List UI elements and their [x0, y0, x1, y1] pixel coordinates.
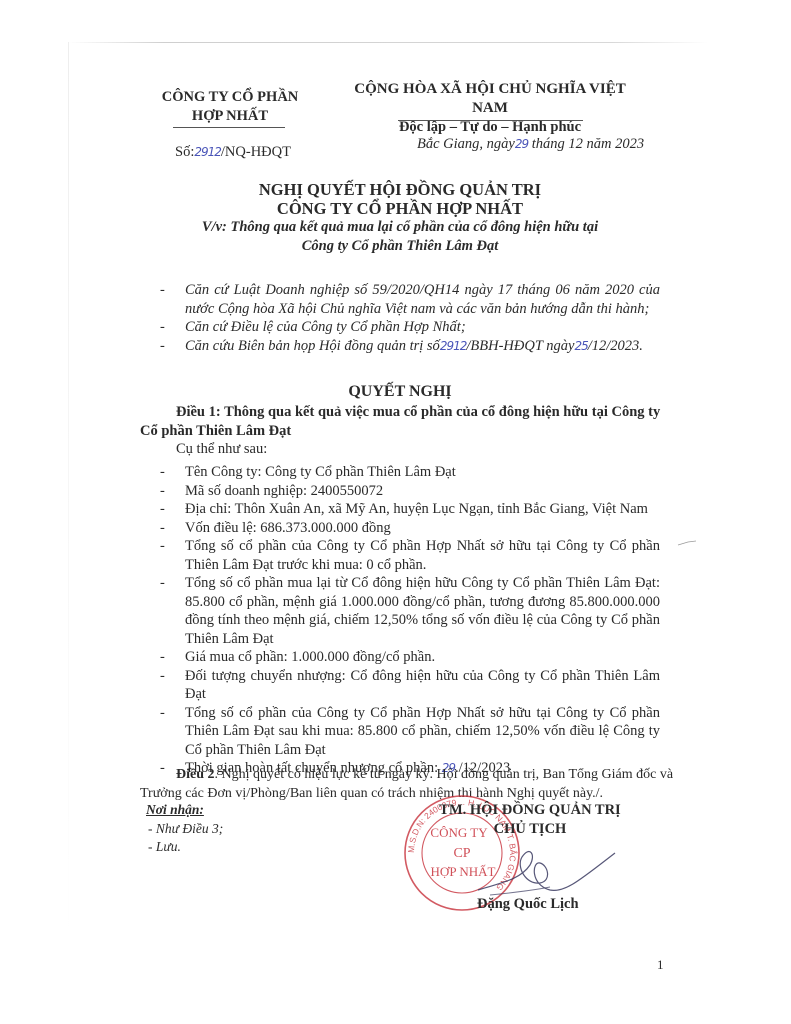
national-header: CỘNG HÒA XÃ HỘI CHỦ NGHĨA VIỆT NAM Độc l…: [340, 80, 640, 137]
company-line-2: HỢP NHẤT: [150, 107, 310, 126]
legal-bases-list: Căn cứ Luật Doanh nghiệp số 59/2020/QH14…: [140, 281, 660, 355]
scan-page-edge: [68, 42, 708, 43]
detail-item: Đối tượng chuyển nhượng: Cổ đông hiện hữ…: [140, 667, 660, 704]
detail-item: Tổng số cổ phần của Công ty Cổ phần Hợp …: [140, 704, 660, 760]
document-title-block: NGHỊ QUYẾT HỘI ĐỒNG QUẢN TRỊ CÔNG TY CỔ …: [140, 180, 660, 256]
recipient-item: - Lưu.: [146, 838, 223, 857]
place-date: Bắc Giang, ngày29 tháng 12 năm 2023: [417, 136, 644, 153]
recipient-item: - Như Điều 3;: [146, 820, 223, 839]
detail-item: Vốn điều lệ: 686.373.000.000 đồng: [140, 519, 660, 538]
document-title-company: CÔNG TY CỔ PHẦN HỢP NHẤT: [140, 199, 660, 218]
legal-basis-item: Căn cứ Luật Doanh nghiệp số 59/2020/QH14…: [140, 281, 660, 318]
detail-item: Địa chỉ: Thôn Xuân An, xã Mỹ An, huyện L…: [140, 500, 660, 519]
signature-block: TM. HỘI ĐỒNG QUẢN TRỊ CHỦ TỊCH: [435, 801, 625, 838]
detail-item: Tổng số cổ phần của Công ty Cổ phần Hợp …: [140, 537, 660, 574]
company-underline: [173, 127, 285, 128]
recipients-block: Nơi nhận: - Như Điều 3; - Lưu.: [146, 801, 223, 857]
handwritten-number: 2912: [194, 145, 221, 159]
article-1: Điều 1: Thông qua kết quả việc mua cổ ph…: [140, 403, 665, 440]
recipients-title: Nơi nhận:: [146, 801, 223, 820]
scan-speck: [676, 539, 702, 547]
signature-title: TM. HỘI ĐỒNG QUẢN TRỊ: [435, 801, 625, 820]
legal-basis-item: Căn cứ Điều lệ của Công ty Cổ phần Hợp N…: [140, 318, 660, 337]
nation-name: CỘNG HÒA XÃ HỘI CHỦ NGHĨA VIỆT NAM: [340, 80, 640, 118]
svg-text:CP: CP: [453, 846, 470, 861]
detail-item: Tổng số cổ phần mua lại từ Cổ đông hiện …: [140, 574, 660, 648]
subject-line-2: Công ty Cổ phần Thiên Lâm Đạt: [140, 237, 660, 256]
handwritten-number: 2912: [440, 339, 467, 353]
company-line-1: CÔNG TY CỔ PHẦN: [150, 88, 310, 107]
detail-item: Giá mua cổ phần: 1.000.000 đồng/cổ phần.: [140, 648, 660, 667]
specifics-intro: Cụ thể như sau:: [176, 441, 267, 458]
page-number: 1: [657, 957, 664, 973]
handwritten-day: 29: [515, 137, 528, 151]
legal-basis-item: Căn cứu Biên bản họp Hội đồng quản trị s…: [140, 337, 660, 356]
handwritten-signature: [470, 835, 620, 905]
decision-title: QUYẾT NGHỊ: [140, 383, 660, 401]
scan-page-side: [68, 42, 69, 942]
document-title: NGHỊ QUYẾT HỘI ĐỒNG QUẢN TRỊ: [140, 180, 660, 199]
motto-underline: [398, 120, 583, 121]
document-number: Số:2912/NQ-HĐQT: [175, 144, 291, 161]
subject-line-1: V/v: Thông qua kết quả mua lại cổ phần c…: [140, 218, 660, 237]
details-list: Tên Công ty: Công ty Cổ phần Thiên Lâm Đ…: [140, 463, 660, 778]
handwritten-day: 25: [574, 339, 587, 353]
company-name: CÔNG TY CỔ PHẦN HỢP NHẤT: [150, 88, 310, 126]
signer-name: Đặng Quốc Lịch: [477, 896, 579, 913]
detail-item: Mã số doanh nghiệp: 2400550072: [140, 482, 660, 501]
detail-item: Tên Công ty: Công ty Cổ phần Thiên Lâm Đ…: [140, 463, 660, 482]
